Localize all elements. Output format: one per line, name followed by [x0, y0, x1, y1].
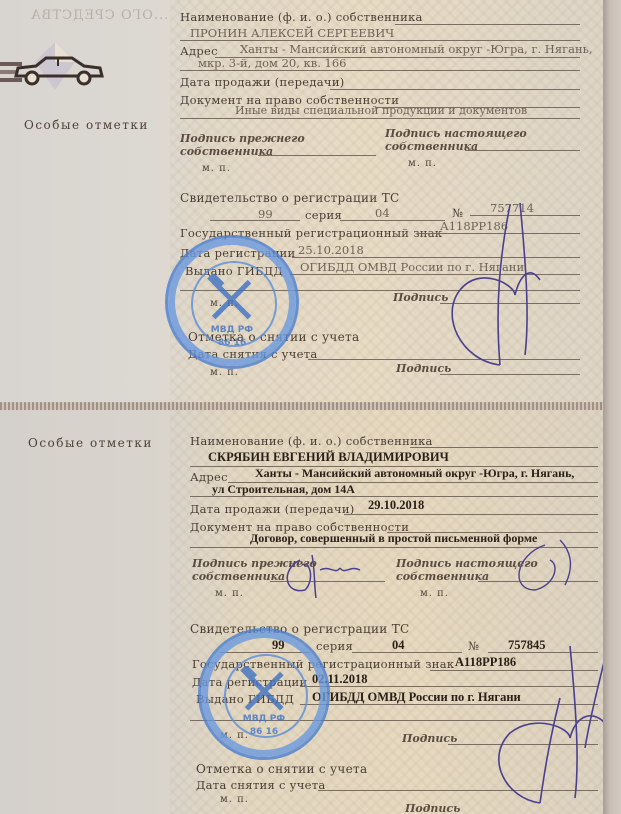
sale-date-label: Дата продажи (передачи) [190, 502, 355, 516]
address-line-2: ул Строительная, дом 14А [212, 482, 355, 497]
dereg-label: Отметка о снятии с учета [196, 762, 367, 776]
stamp-text-code: 86 16 [201, 727, 327, 737]
series-label: серия [316, 639, 353, 653]
hammer-wrench-icon [239, 666, 289, 716]
mp-left: м. п. [202, 163, 231, 174]
plate-number: А118РР186 [455, 655, 516, 670]
special-marks-title: Особые отметки [24, 118, 149, 132]
mirrored-heading: ...ОГО СРЕДСТВА [30, 8, 168, 23]
dereg-date-label: Дата снятия с учета [196, 778, 326, 792]
prev-owner-sig-label-2: собственника [180, 145, 273, 158]
issued-by: ОГИБДД ОМВД России по г. Нягани [312, 690, 521, 705]
ownership-doc: Договор, совершенный в простой письменно… [250, 531, 537, 546]
dereg-signature-label: Подпись [405, 802, 460, 814]
owner-name: СКРЯБИН ЕВГЕНИЙ ВЛАДИМИРОВИЧ [208, 450, 449, 465]
owner-label: Наименование (ф. и. о.) собственника [180, 10, 423, 24]
stamp-text-mvd: МВД РФ [168, 325, 296, 335]
sale-date-label: Дата продажи (передачи) [180, 75, 345, 89]
document-page-bottom: Особые отметки Наименование (ф. и. о.) с… [0, 410, 605, 814]
mp-dereg: м. п. [220, 794, 249, 805]
reg-cert-series-a: 99 [258, 207, 273, 221]
address-line-1: Ханты - Мансийский автономный округ -Югр… [255, 466, 574, 481]
reg-cert-number: 757714 [490, 201, 534, 215]
stamp-text-mvd: МВД РФ [201, 714, 327, 724]
official-stamp: МВД РФ 86 16 [165, 235, 299, 369]
owner-name: ПРОНИН АЛЕКСЕЙ СЕРГЕЕВИЧ [190, 26, 394, 40]
hammer-wrench-icon [206, 274, 257, 325]
address-line-2: мкр. 3-й, дом 20, кв. 166 [198, 56, 346, 70]
document-page-top: ...ОГО СРЕДСТВА Особые отметки Наименова… [0, 0, 605, 403]
curr-owner-sig-label-2: собственника [385, 140, 478, 153]
prev-owner-sig-label: Подпись прежнего [180, 132, 305, 145]
reg-cert-series-b: 04 [375, 206, 390, 220]
sale-date: 29.10.2018 [368, 498, 424, 513]
reg-date: 25.10.2018 [298, 243, 364, 257]
car-emblem-icon [0, 40, 110, 100]
prev-owner-sig-label: Подпись прежнего [192, 557, 317, 570]
reg-cert-series-b: 04 [392, 638, 405, 653]
ownership-doc: Иные виды специальной продукции и докуме… [235, 104, 527, 117]
plate-number: А118РР186 [440, 219, 508, 233]
issued-by: ОГИБДД ОМВД России по г. Нягани [300, 260, 524, 274]
mp-left: м. п. [215, 588, 244, 599]
page-edge [603, 0, 621, 814]
owner-label: Наименование (ф. и. о.) собственника [190, 434, 433, 448]
curr-owner-sig-label-2: собственника [396, 570, 489, 583]
stamp-text-code: 86 16 [168, 338, 296, 348]
address-line-1: Ханты - Мансийский автономный округ -Югр… [240, 42, 593, 56]
reg-cert-label: Свидетельство о регистрации ТС [190, 622, 410, 636]
reg-cert-label: Свидетельство о регистрации ТС [180, 191, 400, 205]
series-label: серия [305, 208, 342, 222]
mp-right: м. п. [408, 158, 437, 169]
number-label: № [468, 639, 479, 653]
reg-cert-number: 757845 [508, 638, 546, 653]
mp-right: м. п. [420, 588, 449, 599]
official-stamp: МВД РФ 86 16 [198, 628, 330, 760]
curr-owner-sig-label: Подпись настоящего [396, 557, 538, 570]
curr-owner-sig-label: Подпись настоящего [385, 127, 527, 140]
number-label: № [452, 206, 463, 220]
special-marks-title: Особые отметки [28, 436, 153, 450]
